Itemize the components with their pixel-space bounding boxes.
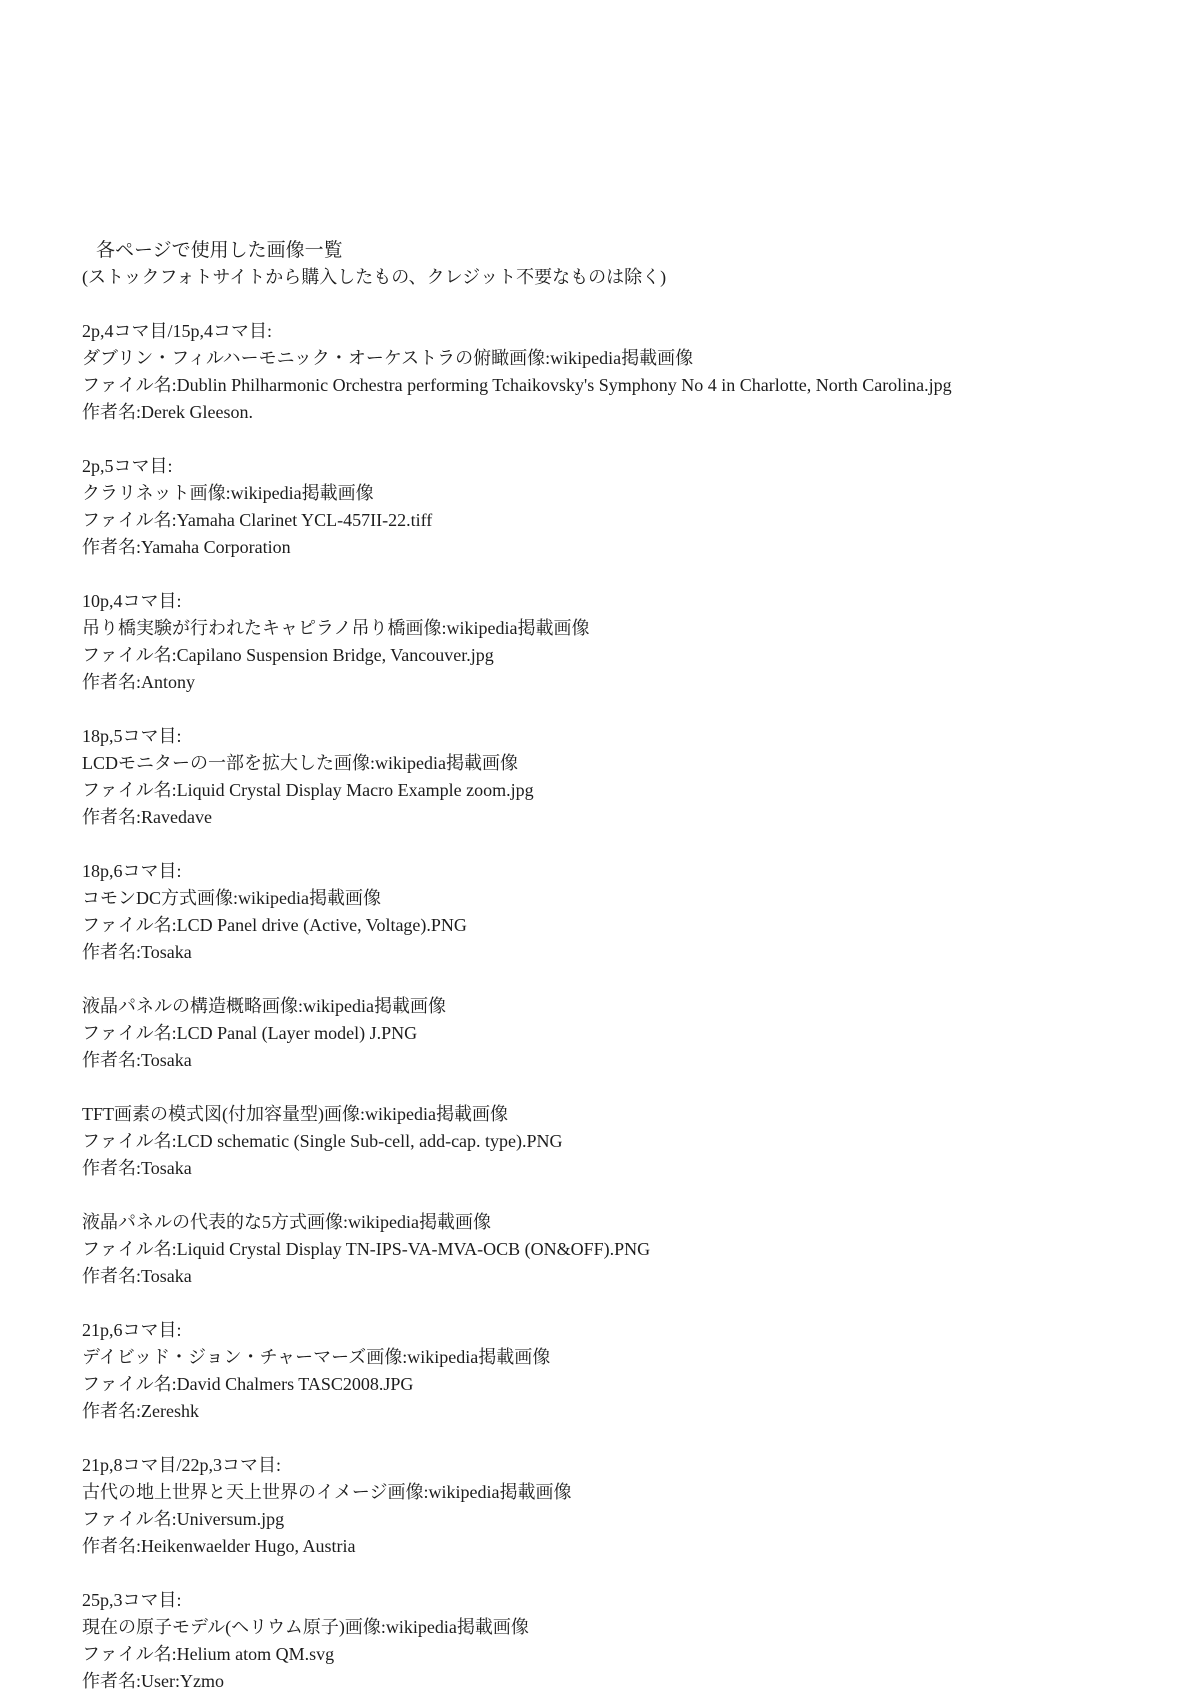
entry-page-location: 21p,8コマ目/22p,3コマ目: bbox=[82, 1452, 1160, 1479]
entry-description: デイビッド・ジョン・チャーマーズ画像:wikipedia掲載画像 bbox=[82, 1344, 1160, 1371]
entry-page-location: 2p,5コマ目: bbox=[82, 453, 1160, 480]
entry-filename: ファイル名:LCD Panel drive (Active, Voltage).… bbox=[82, 912, 1160, 939]
page-subtitle: (ストックフォトサイトから購入したもの、クレジット不要なものは除く) bbox=[82, 264, 1160, 291]
entry-author: 作者名:Tosaka bbox=[82, 1263, 1160, 1290]
image-credit-entry: 21p,6コマ目: デイビッド・ジョン・チャーマーズ画像:wikipedia掲載… bbox=[82, 1317, 1160, 1425]
entry-author: 作者名:Tosaka bbox=[82, 939, 1160, 966]
entry-author: 作者名:Heikenwaelder Hugo, Austria bbox=[82, 1533, 1160, 1560]
entry-description: 吊り橋実験が行われたキャピラノ吊り橋画像:wikipedia掲載画像 bbox=[82, 615, 1160, 642]
entry-page-location: 10p,4コマ目: bbox=[82, 588, 1160, 615]
entry-description: ダブリン・フィルハーモニック・オーケストラの俯瞰画像:wikipedia掲載画像 bbox=[82, 345, 1160, 372]
entry-filename: ファイル名:Dublin Philharmonic Orchestra perf… bbox=[82, 372, 1160, 399]
image-credit-entry: 2p,5コマ目: クラリネット画像:wikipedia掲載画像 ファイル名:Ya… bbox=[82, 453, 1160, 561]
entry-author: 作者名:Zereshk bbox=[82, 1398, 1160, 1425]
entry-page-location: 21p,6コマ目: bbox=[82, 1317, 1160, 1344]
entry-description: LCDモニターの一部を拡大した画像:wikipedia掲載画像 bbox=[82, 750, 1160, 777]
entry-author: 作者名:User:Yzmo bbox=[82, 1668, 1160, 1694]
image-credit-entry: TFT画素の模式図(付加容量型)画像:wikipedia掲載画像 ファイル名:L… bbox=[82, 1101, 1160, 1182]
entry-page-location: 25p,3コマ目: bbox=[82, 1587, 1160, 1614]
entry-author: 作者名:Tosaka bbox=[82, 1047, 1160, 1074]
entry-page-location: 18p,6コマ目: bbox=[82, 858, 1160, 885]
entry-description: 液晶パネルの代表的な5方式画像:wikipedia掲載画像 bbox=[82, 1209, 1160, 1236]
image-credit-entry: 液晶パネルの構造概略画像:wikipedia掲載画像 ファイル名:LCD Pan… bbox=[82, 993, 1160, 1074]
image-credit-entry: 液晶パネルの代表的な5方式画像:wikipedia掲載画像 ファイル名:Liqu… bbox=[82, 1209, 1160, 1290]
entry-filename: ファイル名:LCD schematic (Single Sub-cell, ad… bbox=[82, 1128, 1160, 1155]
credits-page: 各ページで使用した画像一覧 (ストックフォトサイトから購入したもの、クレジット不… bbox=[0, 0, 1200, 1694]
entry-author: 作者名:Derek Gleeson. bbox=[82, 399, 1160, 426]
entry-page-location: 2p,4コマ目/15p,4コマ目: bbox=[82, 318, 1160, 345]
entry-author: 作者名:Tosaka bbox=[82, 1155, 1160, 1182]
entry-author: 作者名:Antony bbox=[82, 669, 1160, 696]
entry-filename: ファイル名:Helium atom QM.svg bbox=[82, 1641, 1160, 1668]
entry-description: 液晶パネルの構造概略画像:wikipedia掲載画像 bbox=[82, 993, 1160, 1020]
entry-filename: ファイル名:Liquid Crystal Display TN-IPS-VA-M… bbox=[82, 1236, 1160, 1263]
entry-filename: ファイル名:Universum.jpg bbox=[82, 1506, 1160, 1533]
entry-page-location: 18p,5コマ目: bbox=[82, 723, 1160, 750]
entry-filename: ファイル名:LCD Panal (Layer model) J.PNG bbox=[82, 1020, 1160, 1047]
entry-filename: ファイル名:David Chalmers TASC2008.JPG bbox=[82, 1371, 1160, 1398]
entry-filename: ファイル名:Yamaha Clarinet YCL-457II-22.tiff bbox=[82, 507, 1160, 534]
entry-author: 作者名:Ravedave bbox=[82, 804, 1160, 831]
entry-description: 古代の地上世界と天上世界のイメージ画像:wikipedia掲載画像 bbox=[82, 1479, 1160, 1506]
image-credit-entry: 21p,8コマ目/22p,3コマ目: 古代の地上世界と天上世界のイメージ画像:w… bbox=[82, 1452, 1160, 1560]
image-credit-entry: 25p,3コマ目: 現在の原子モデル(ヘリウム原子)画像:wikipedia掲載… bbox=[82, 1587, 1160, 1694]
image-credit-entry: 18p,5コマ目: LCDモニターの一部を拡大した画像:wikipedia掲載画… bbox=[82, 723, 1160, 831]
image-credit-list: 2p,4コマ目/15p,4コマ目: ダブリン・フィルハーモニック・オーケストラの… bbox=[82, 318, 1160, 1694]
entry-description: コモンDC方式画像:wikipedia掲載画像 bbox=[82, 885, 1160, 912]
page-title: 各ページで使用した画像一覧 bbox=[82, 237, 1160, 264]
entry-description: TFT画素の模式図(付加容量型)画像:wikipedia掲載画像 bbox=[82, 1101, 1160, 1128]
image-credit-entry: 10p,4コマ目: 吊り橋実験が行われたキャピラノ吊り橋画像:wikipedia… bbox=[82, 588, 1160, 696]
entry-author: 作者名:Yamaha Corporation bbox=[82, 534, 1160, 561]
image-credit-entry: 18p,6コマ目: コモンDC方式画像:wikipedia掲載画像 ファイル名:… bbox=[82, 858, 1160, 966]
entry-filename: ファイル名:Capilano Suspension Bridge, Vancou… bbox=[82, 642, 1160, 669]
image-credit-entry: 2p,4コマ目/15p,4コマ目: ダブリン・フィルハーモニック・オーケストラの… bbox=[82, 318, 1160, 426]
entry-description: クラリネット画像:wikipedia掲載画像 bbox=[82, 480, 1160, 507]
entry-description: 現在の原子モデル(ヘリウム原子)画像:wikipedia掲載画像 bbox=[82, 1614, 1160, 1641]
entry-filename: ファイル名:Liquid Crystal Display Macro Examp… bbox=[82, 777, 1160, 804]
